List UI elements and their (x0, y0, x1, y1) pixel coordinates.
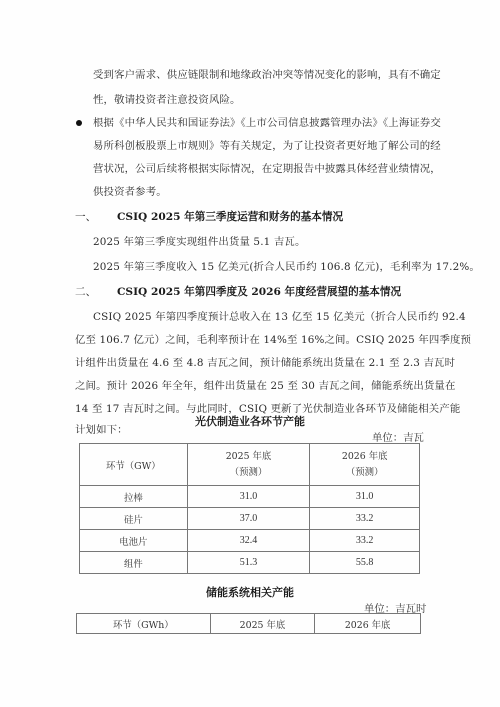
table-row: 硅片 37.0 33.2 (80, 508, 420, 530)
header-2025-line2: （预测） (188, 465, 310, 481)
pv-table-unit: 单位：吉瓦 (372, 429, 424, 444)
pv-capacity-table: 环节（GW） 2025 年底 （预测） 2026 年底 （预测） 拉棒 31.0… (79, 443, 420, 574)
bullet-paragraph-line: 供投资者参考。 (93, 185, 167, 199)
header-segment: 环节（GW） (80, 444, 188, 486)
cell-2026: 55.8 (310, 552, 420, 574)
cell-2026: 31.0 (310, 486, 420, 508)
bullet-paragraph-line: 营状况，公司后续将根据实际情况，在定期报告中披露具体经营业绩情况， (93, 162, 441, 176)
header-2026: 2026 年底 (315, 614, 421, 634)
section-2-paragraph-line: 亿至 106.7 亿元）之间，毛利率预计在 14%至 16%之间。CSIQ 20… (75, 333, 471, 347)
cell-segment: 硅片 (80, 508, 188, 530)
cell-segment: 组件 (80, 552, 188, 574)
section-1-title: CSIQ 2025 年第三季度运营和财务的基本情况 (117, 211, 343, 223)
cell-2025: 51.3 (187, 552, 310, 574)
cell-2025: 37.0 (187, 508, 310, 530)
header-2026-line1: 2026 年底 (310, 449, 419, 465)
table-row: 组件 51.3 55.8 (80, 552, 420, 574)
pv-table-title: 光伏制造业各环节产能 (0, 413, 500, 429)
section-2-paragraph-line: 之间。预计 2026 年全年，组件出货量在 25 至 30 吉瓦之间，储能系统出… (75, 379, 455, 393)
header-2025-line1: 2025 年底 (188, 449, 310, 465)
table-row: 拉棒 31.0 31.0 (80, 486, 420, 508)
section-2-number: 二、 (75, 285, 117, 299)
risk-paragraph-line: 性，敬请投资者注意投资风险。 (93, 93, 241, 107)
cell-2025: 32.4 (187, 530, 310, 552)
bullet-paragraph-line: 易所科创板股票上市规则》等有关规定，为了让投资者更好地了解公司的经 (93, 139, 441, 153)
table-header-row: 环节（GW） 2025 年底 （预测） 2026 年底 （预测） (80, 444, 420, 486)
header-2026: 2026 年底 （预测） (310, 444, 420, 486)
cell-2026: 33.2 (310, 530, 420, 552)
bullet-paragraph-line: 根据《中华人民共和国证券法》《上市公司信息披露管理办法》《上海证券交 (93, 116, 441, 130)
table-header-row: 环节（GWh） 2025 年底 2026 年底 (77, 614, 421, 634)
storage-capacity-table: 环节（GWh） 2025 年底 2026 年底 (76, 613, 421, 634)
cell-2026: 33.2 (310, 508, 420, 530)
cell-segment: 拉棒 (80, 486, 188, 508)
header-2026-line2: （预测） (310, 465, 419, 481)
bullet-icon (76, 120, 82, 126)
storage-table-title: 储能系统相关产能 (0, 584, 500, 600)
section-2-paragraph-line: 计组件出货量在 4.6 至 4.8 吉瓦之间，预计储能系统出货量在 2.1 至 … (75, 356, 455, 370)
cell-segment: 电池片 (80, 530, 188, 552)
cell-2025: 31.0 (187, 486, 310, 508)
document-page: 受到客户需求、供应链限制和地缘政治冲突等情况变化的影响，具有不确定 性，敬请投资… (0, 0, 500, 707)
section-2-title: CSIQ 2025 年第四季度及 2026 年度经营展望的基本情况 (117, 286, 401, 298)
section-2-heading: 二、CSIQ 2025 年第四季度及 2026 年度经营展望的基本情况 (75, 285, 401, 299)
header-2025: 2025 年底 （预测） (187, 444, 310, 486)
section-1-paragraph: 2025 年第三季度实现组件出货量 5.1 吉瓦。 (93, 235, 305, 249)
header-segment: 环节（GWh） (77, 614, 211, 634)
table-row: 电池片 32.4 33.2 (80, 530, 420, 552)
section-1-number: 一、 (75, 210, 117, 224)
section-1-paragraph: 2025 年第三季度收入 15 亿美元(折合人民币约 106.8 亿元)，毛利率… (93, 260, 480, 274)
section-2-paragraph-line: CSIQ 2025 年第四季度预计总收入在 13 亿至 15 亿美元（折合人民币… (93, 310, 466, 324)
risk-paragraph-line: 受到客户需求、供应链限制和地缘政治冲突等情况变化的影响，具有不确定 (93, 68, 441, 82)
section-1-heading: 一、CSIQ 2025 年第三季度运营和财务的基本情况 (75, 210, 343, 224)
header-2025: 2025 年底 (210, 614, 315, 634)
